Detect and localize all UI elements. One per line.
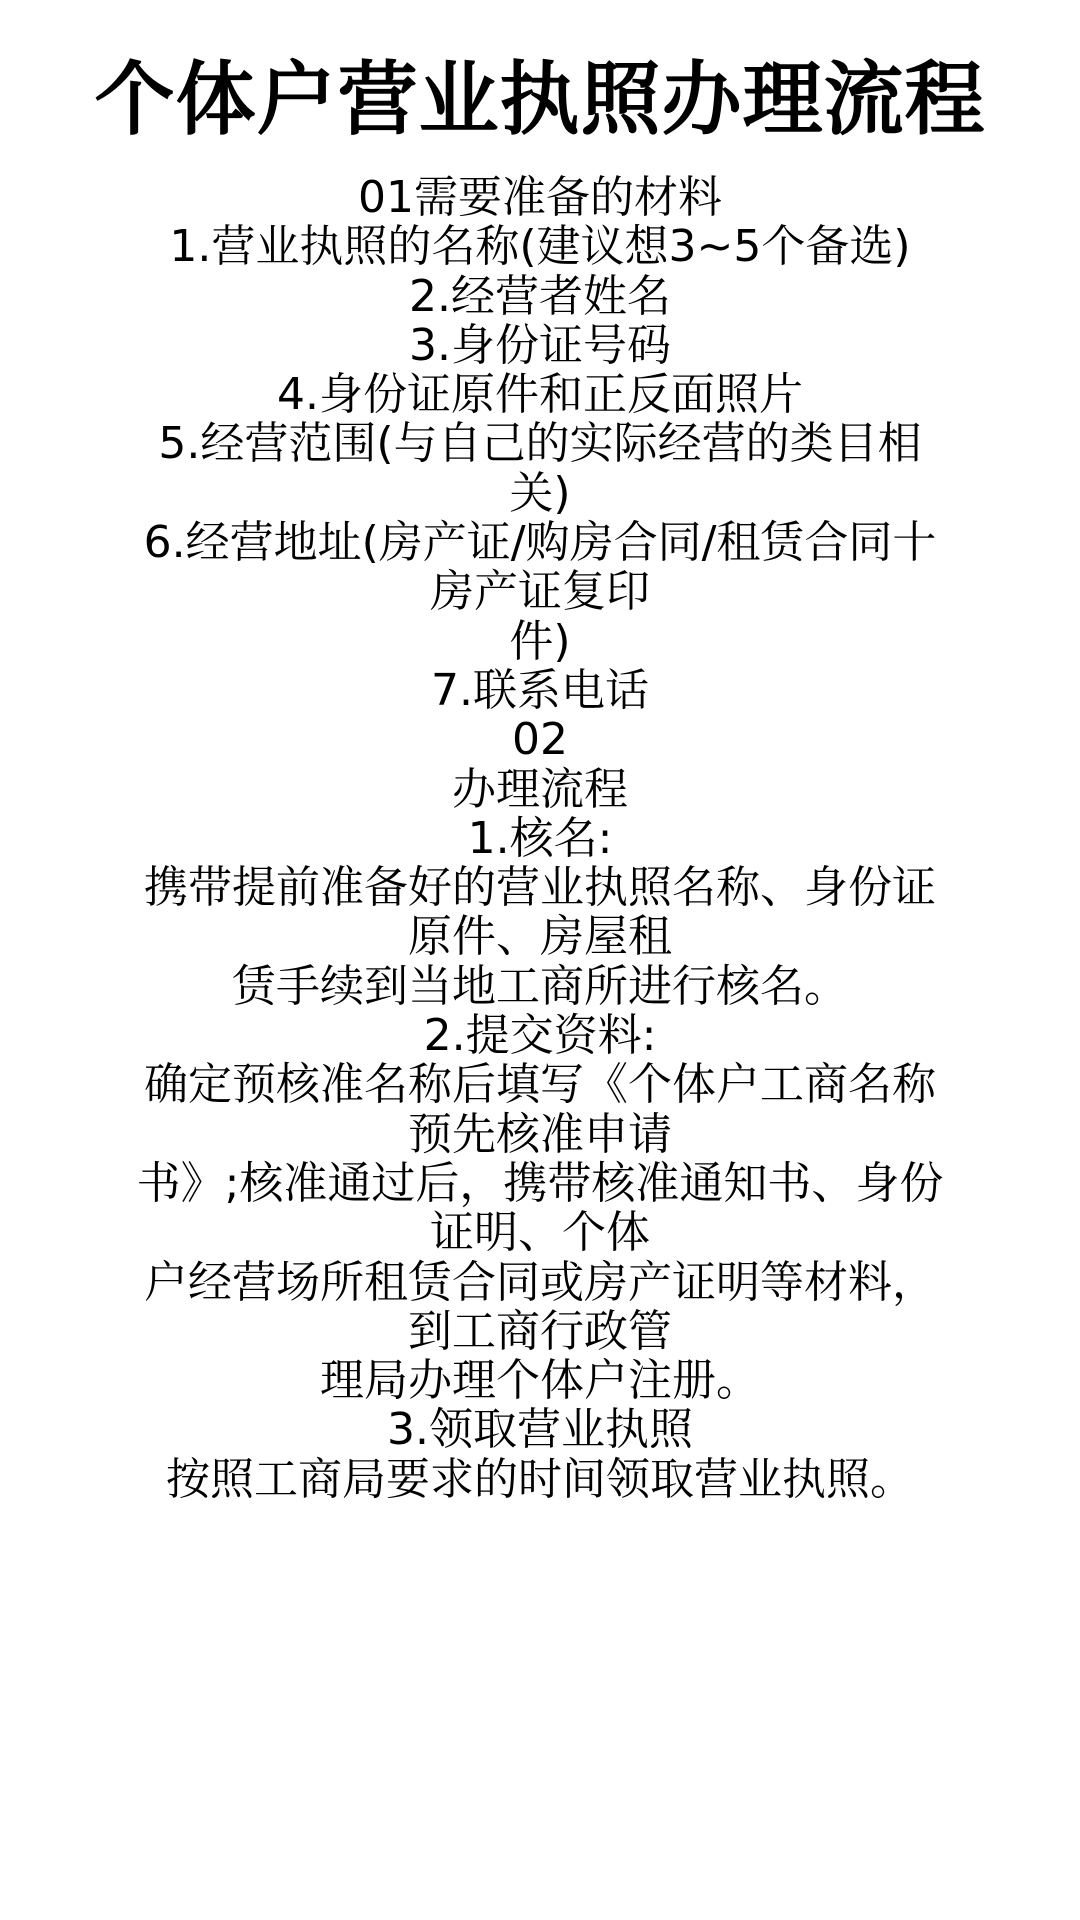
step-text: 理局办理个体户注册。 <box>20 1356 1060 1405</box>
material-item: 5.经营范围(与自己的实际经营的类目相 <box>20 419 1060 468</box>
step-text: 到工商行政管 <box>20 1307 1060 1356</box>
material-item: 4.身份证原件和正反面照片 <box>20 370 1060 419</box>
step-text: 携带提前准备好的营业执照名称、身份证 <box>20 863 1060 912</box>
material-item: 3.身份证号码 <box>20 321 1060 370</box>
step-text: 确定预核准名称后填写《个体户工商名称 <box>20 1060 1060 1109</box>
step-text: 书》;核准通过后，携带核准通知书、身份 <box>20 1159 1060 1208</box>
step-heading: 3.领取营业执照 <box>20 1405 1060 1454</box>
document-body: 01需要准备的材料 1.营业执照的名称(建议想3~5个备选) 2.经营者姓名 3… <box>20 173 1060 1504</box>
material-item-continued: 件) <box>20 617 1060 666</box>
material-item-continued: 房产证复印 <box>20 567 1060 616</box>
section-1-heading: 01需要准备的材料 <box>20 173 1060 222</box>
step-text: 原件、房屋租 <box>20 912 1060 961</box>
page-title: 个体户营业执照办理流程 <box>0 50 1080 150</box>
step-text: 证明、个体 <box>20 1208 1060 1257</box>
step-heading: 2.提交资料: <box>20 1011 1060 1060</box>
material-item: 7.联系电话 <box>20 666 1060 715</box>
step-heading: 1.核名: <box>20 814 1060 863</box>
material-item: 6.经营地址(房产证/购房合同/租赁合同十 <box>20 518 1060 567</box>
material-item-continued: 关) <box>20 469 1060 518</box>
section-2-heading: 办理流程 <box>20 765 1060 814</box>
material-item: 1.营业执照的名称(建议想3~5个备选) <box>20 222 1060 271</box>
step-text: 户经营场所租赁合同或房产证明等材料， <box>20 1258 1060 1307</box>
step-text: 赁手续到当地工商所进行核名。 <box>20 962 1060 1011</box>
step-text: 按照工商局要求的时间领取营业执照。 <box>20 1455 1060 1504</box>
section-2-number: 02 <box>20 715 1060 764</box>
material-item: 2.经营者姓名 <box>20 272 1060 321</box>
step-text: 预先核准申请 <box>20 1110 1060 1159</box>
